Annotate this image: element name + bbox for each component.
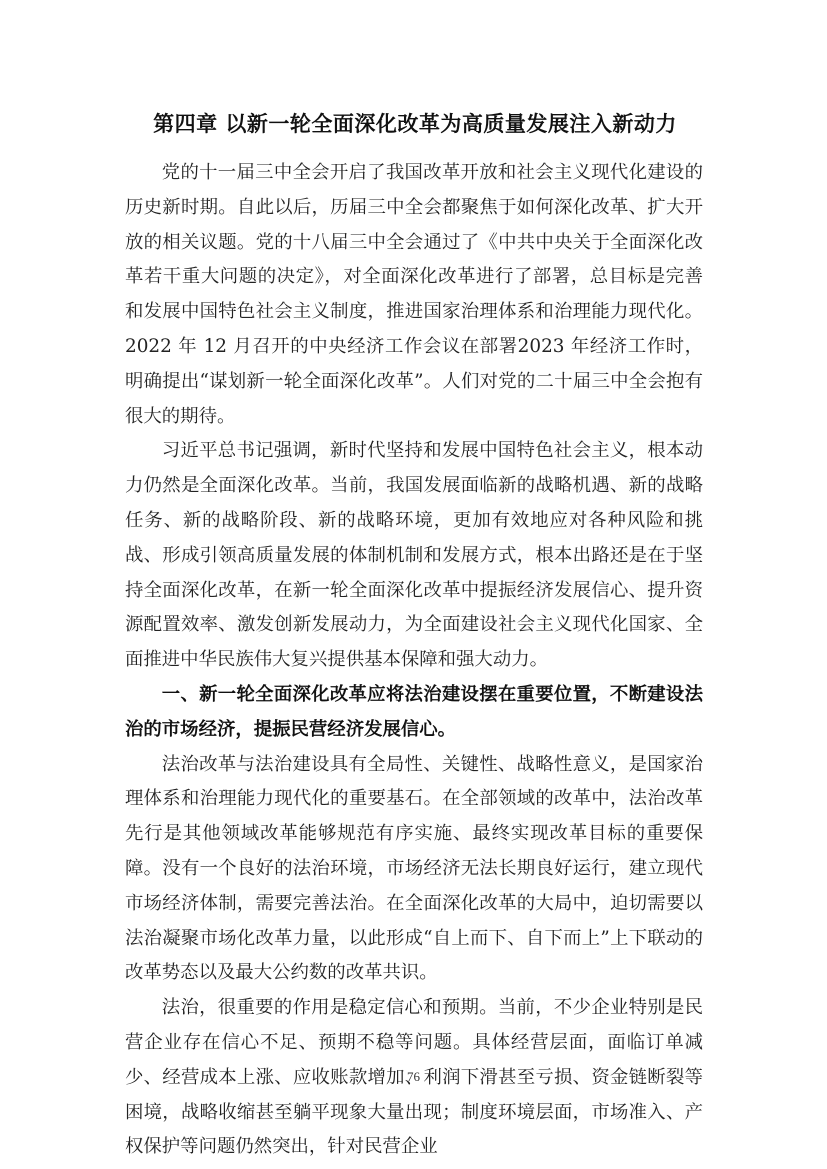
page-number: 76 <box>0 1069 827 1085</box>
chapter-title: 第四章 以新一轮全面深化改革为高质量发展注入新动力 <box>100 108 730 138</box>
paragraph-reform-driving-force: 习近平总书记强调，新时代坚持和发展中国特色社会主义，根本动力仍然是全面深化改革。… <box>125 434 703 678</box>
paragraph-intro: 党的十一届三中全会开启了我国改革开放和社会主义现代化建设的历史新时期。自此以后，… <box>125 156 703 434</box>
body-text: 党的十一届三中全会开启了我国改革开放和社会主义现代化建设的历史新时期。自此以后，… <box>125 156 703 1165</box>
document-page: 第四章 以新一轮全面深化改革为高质量发展注入新动力 党的十一届三中全会开启了我国… <box>0 0 827 1169</box>
paragraph-rule-of-law: 法治改革与法治建设具有全局性、关键性、战略性意义，是国家治理体系和治理能力现代化… <box>125 748 703 992</box>
section-heading-1: 一、新一轮全面深化改革应将法治建设摆在重要位置，不断建设法治的市场经济，提振民营… <box>125 678 703 748</box>
